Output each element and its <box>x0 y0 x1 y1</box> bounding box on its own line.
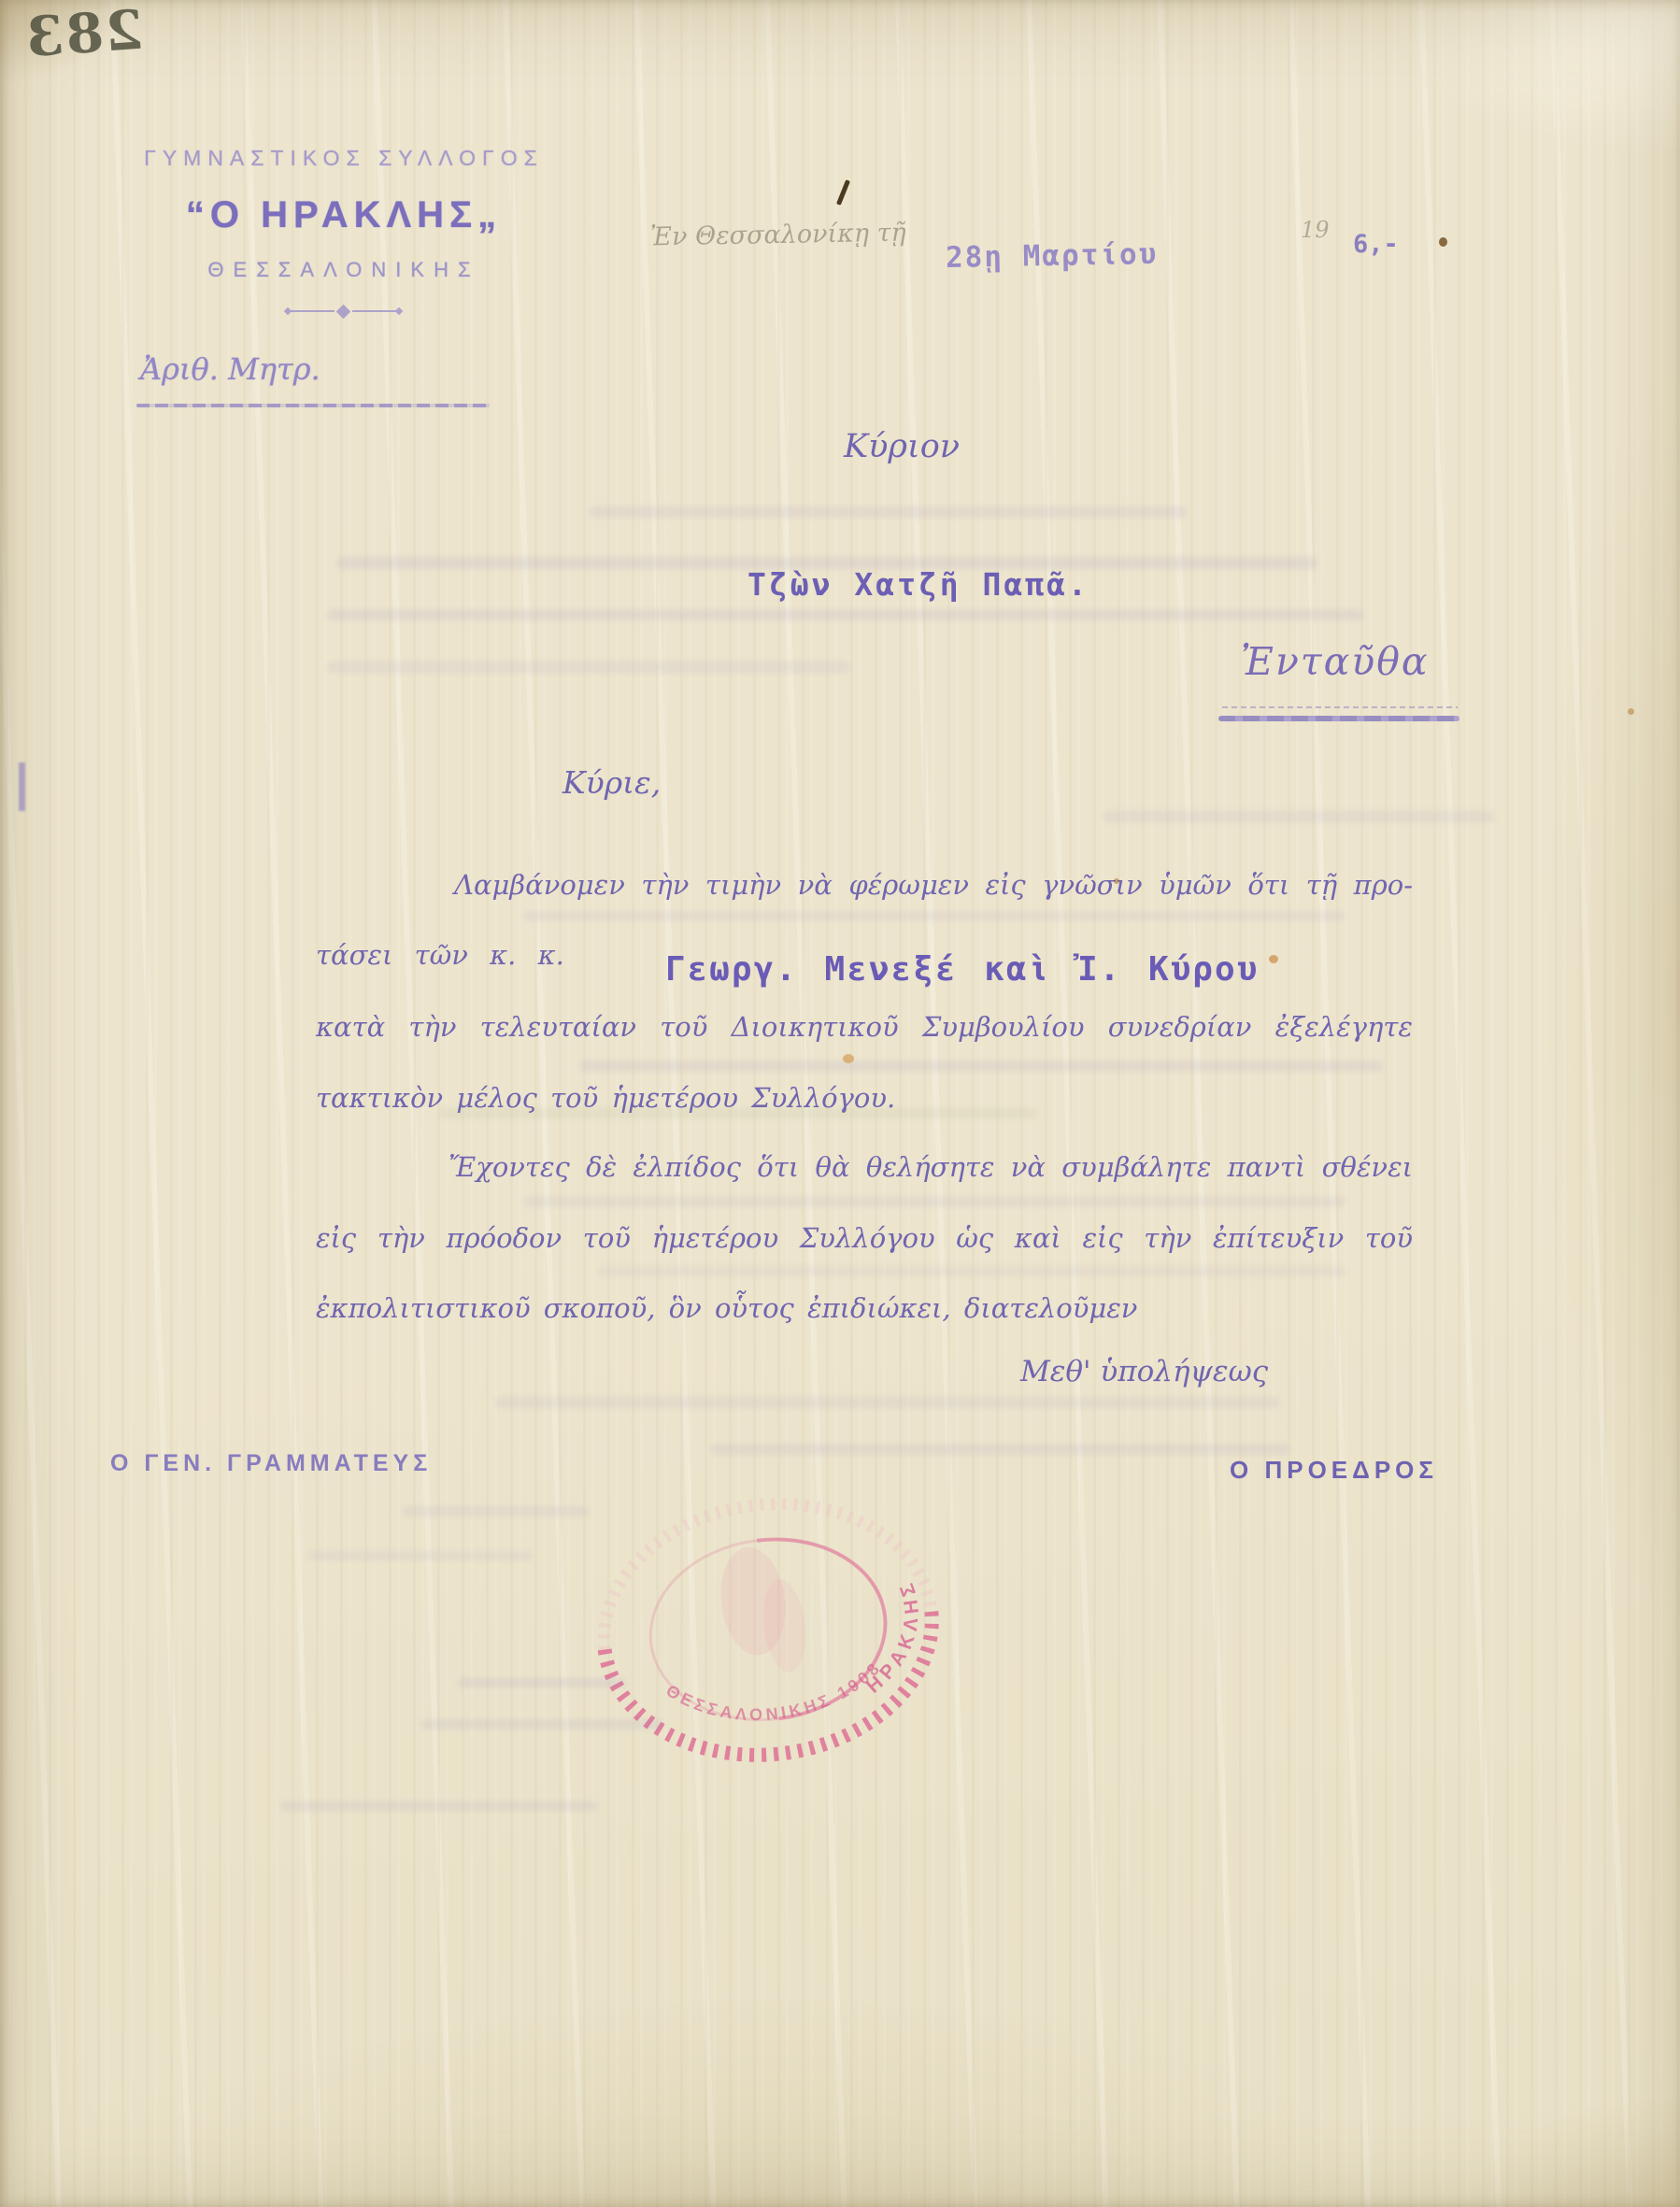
dateline-day-month: 28ῃ Μαρτίου <box>946 237 1159 275</box>
bleedthrough-line <box>327 662 850 673</box>
paper-speck <box>1114 878 1119 884</box>
dateline-year-typed: 6,- <box>1353 230 1399 259</box>
addressee-location: Ἐνταῦθα <box>1241 639 1430 684</box>
club-seal-stamp: ΘΕΣΣΑΛΟΝΙΚΗΣ 1908 ΗΡΑΚΛΗΣ <box>565 1466 971 1795</box>
bleedthrough-page-number: 283 <box>22 0 146 69</box>
president-title: Ο ΠΡΟΕΔΡΟΣ <box>1230 1456 1438 1485</box>
addressee-salutation: Κύριον <box>844 428 960 465</box>
bleedthrough-marks <box>420 1719 663 1730</box>
bleedthrough-line <box>439 1108 1037 1118</box>
margin-mark <box>19 762 25 811</box>
dateline-place: Ἐν Θεσσαλονίκῃ τῇ <box>650 219 906 252</box>
bleedthrough-line <box>710 1444 1289 1455</box>
body-line: Λαμβάνομεν τὴν τιμὴν νὰ φέρωμεν εἰς γνῶσ… <box>316 869 1413 901</box>
paper-speck <box>1269 955 1278 963</box>
secretary-title: Ο ΓΕΝ. ΓΡΑΜΜΑΤΕΥΣ <box>110 1450 432 1477</box>
letterhead-org-name: ΓΥΜΝΑΣΤΙΚΟΣ ΣΥΛΛΟΓΟΣ <box>120 146 568 171</box>
registry-underline <box>136 404 490 407</box>
paper-speck <box>843 1054 854 1063</box>
divider-ornament-icon <box>285 305 402 318</box>
bleedthrough-marks <box>458 1678 626 1687</box>
bleedthrough-line <box>598 1266 1345 1276</box>
paper-speck <box>1439 237 1447 247</box>
body-line-with-names: τάσει τῶν κ. κ. Γεωργ. Μενεξέ καὶ Ἰ. Κύρ… <box>316 939 1413 977</box>
letterhead-city: ΘΕΣΣΑΛΟΝΙΚΗΣ <box>120 258 568 282</box>
dateline-year-preprinted: 19 <box>1301 217 1330 243</box>
registry-number-label: Ἀριθ. Μητρ. <box>140 351 320 387</box>
bleedthrough-line <box>336 557 1317 569</box>
letter-greeting: Κύριε, <box>562 764 661 801</box>
bleedthrough-marks <box>280 1801 598 1811</box>
bleedthrough-line <box>308 1551 533 1560</box>
letter-document: 283 ΓΥΜΝΑΣΤΙΚΟΣ ΣΥΛΛΟΓΟΣ “Ο ΗΡΑΚΛΗΣ„ ΘΕΣ… <box>0 0 1680 2207</box>
location-underline-thick <box>1218 716 1459 721</box>
body-line: κατὰ τὴν τελευταίαν τοῦ Διοικητικοῦ Συμβ… <box>316 1011 1413 1043</box>
letterhead-club-name: “Ο ΗΡΑΚΛΗΣ„ <box>110 194 577 236</box>
ink-mark <box>836 179 850 206</box>
names-prefix: τάσει τῶν κ. κ. <box>316 939 564 971</box>
location-underline-thin <box>1222 706 1458 708</box>
paper-speck <box>1628 708 1634 715</box>
bleedthrough-line <box>1103 811 1495 822</box>
bleedthrough-line <box>327 609 1364 620</box>
body-line: ἐκπολιτιστικοῦ σκοποῦ, ὃν οὗτος ἐπιδιώκε… <box>316 1292 1413 1324</box>
bleedthrough-line <box>589 506 1187 518</box>
bleedthrough-line <box>579 1061 1383 1072</box>
elected-members-names: Γεωργ. Μενεξέ καὶ Ἰ. Κύρου <box>665 950 1260 989</box>
body-line: εἰς τὴν πρόοδον τοῦ ἡμετέρου Συλλόγου ὡς… <box>316 1222 1413 1254</box>
closing-phrase: Μεθ' ὑπολήψεως <box>1020 1355 1268 1388</box>
body-line: Ἔχοντες δὲ ἐλπίδος ὅτι θὰ θελήσητε νὰ συ… <box>316 1151 1413 1183</box>
bleedthrough-line <box>495 1397 1280 1408</box>
bleedthrough-line <box>402 1506 589 1516</box>
bleedthrough-line <box>523 1196 1345 1207</box>
addressee-name: Τζὼν Χατζῆ Παπᾶ. <box>747 566 1089 603</box>
bleedthrough-line <box>523 911 1345 921</box>
